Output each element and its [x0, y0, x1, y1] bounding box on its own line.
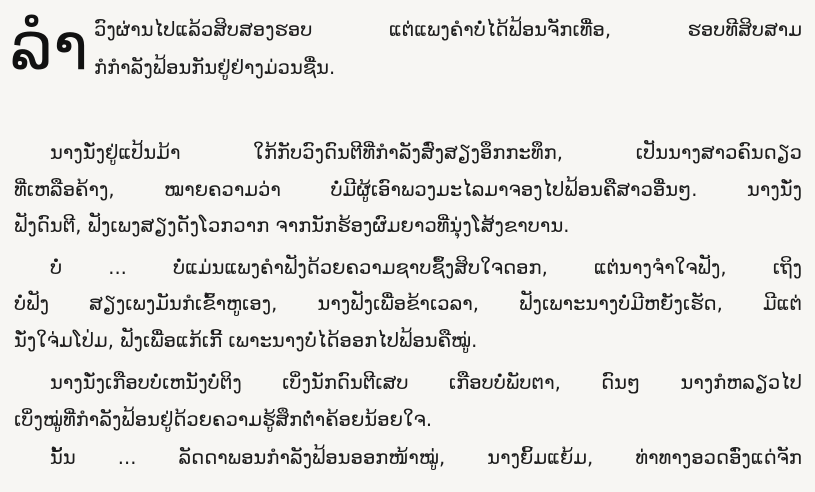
paragraph-1-line-2: ທີ່ເຫລືອຄ້າງ, ໝາຍຄວາມວ່າ ບໍ່ມີຜູ້ເອົາພວງ… [14, 177, 802, 203]
paragraph-3-line-1: ນາງນັ່ງເກືອບບໍ່ເຫນັງບໍ່ຕິງ ເບິ່ງນັກດົນຕີ… [50, 370, 802, 396]
drop-cap: ລຳ [10, 4, 86, 90]
intro-line-2: ກໍກຳລັງຟ້ອນກັນຢູ່ຢ່າງມ່ວນຊື່ນ. [94, 55, 335, 81]
intro-line-1: ວົງຜ່ານໄປແລ້ວສິບສອງຮອບ ແຕ່ແພງຄຳບໍ່ໄດ້ຟ້ອ… [94, 17, 802, 43]
paragraph-2-line-1: ບໍ່ ... ບໍ່ແມ່ນແພງຄຳຟັງດ້ວຍຄວາມຊາບຊຶ້ງສິ… [50, 255, 802, 281]
paragraph-1-line-1: ນາງນັ່ງຢູ່ແປ້ນມ້າ ໃກ້ກັບວົງດົນຕີທີ່ກຳລັງ… [50, 140, 802, 166]
paragraph-1-line-3: ຟັງດົນຕີ, ຟັງເພງສຽງດັງໂວກວາກ ຈາກນັກຮ້ອງຜ… [14, 213, 569, 239]
paragraph-2-line-2: ບໍ່ຟັງ ສຽງເພງມັນກໍເຂົ້າຫູເອງ, ນາງຟັງເພື່… [14, 291, 802, 317]
paragraph-4-line-1: ນັ້ນ ... ລັດດາພອນກຳລັງຟ້ອນອອກໜ້າໝູ່, ນາງ… [50, 445, 802, 471]
paragraph-2-line-3: ນັ່ງໃຈ່ມໂປ່ມ, ຟັງເພື່ອແກ້ເກີ້ ເພາະນາງບໍ່… [14, 328, 477, 354]
scanned-page: ລຳ ວົງຜ່ານໄປແລ້ວສິບສອງຮອບ ແຕ່ແພງຄຳບໍ່ໄດ້… [0, 0, 815, 492]
paragraph-3-line-2: ເບິ່ງໝູ່ທີ່ກຳລັງຟ້ອນຢູ່ດ້ວຍຄວາມຮູ້ສຶກຕ່ຳ… [14, 407, 432, 433]
